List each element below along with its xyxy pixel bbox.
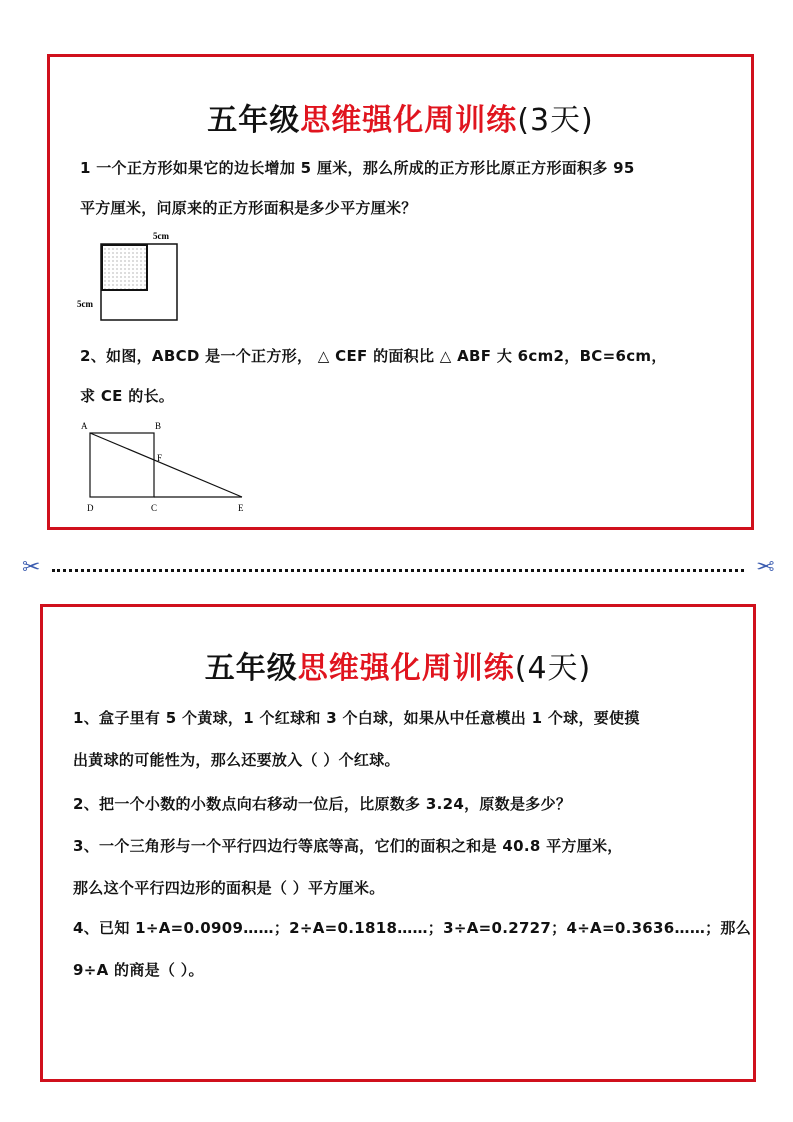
- point-e: E: [238, 503, 244, 513]
- scissors-icon: ✂: [756, 557, 774, 579]
- question-2-line-2: 求 CE 的长。: [80, 385, 174, 406]
- card-title: 五年级思维强化周训练(4天): [43, 643, 753, 687]
- question-4-line-1: 4、已知 1÷A=0.0909……；2÷A=0.1818……；3÷A=0.272…: [73, 917, 751, 938]
- label-left: 5cm: [77, 299, 93, 309]
- question-1-line-1: 1、盒子里有 5 个黄球，1 个红球和 3 个白球，如果从中任意模出 1 个球，…: [73, 707, 640, 728]
- scissors-icon: ✂: [22, 557, 40, 579]
- title-highlight: 思维强化周训练: [298, 651, 515, 686]
- title-highlight: 思维强化周训练: [300, 103, 517, 138]
- square-diagram: 5cm 5cm: [75, 227, 195, 322]
- question-2-line-1: 2、把一个小数的小数点向右移动一位后，比原数多 3.24，原数是多少？: [73, 793, 571, 814]
- question-3-line-2: 那么这个平行四边形的面积是（ ）平方厘米。: [73, 877, 385, 898]
- question-1-line-2: 出黄球的可能性为，那么还要放入（ ）个红球。: [73, 749, 400, 770]
- question-1-line-2: 平方厘米，问原来的正方形面积是多少平方厘米？: [80, 197, 417, 218]
- question-2-line-1: 2、如图，ABCD 是一个正方形， △ CEF 的面积比 △ ABF 大 6cm…: [80, 345, 667, 366]
- square-triangle-diagram: A B F D C E: [75, 417, 255, 517]
- point-f: F: [157, 453, 162, 463]
- title-suffix: (3天): [517, 103, 594, 138]
- dotted-divider: [52, 569, 744, 572]
- point-b: B: [155, 421, 161, 431]
- point-a: A: [81, 421, 88, 431]
- title-prefix: 五年级: [207, 103, 300, 138]
- point-d: D: [87, 503, 94, 513]
- question-3-line-1: 3、一个三角形与一个平行四边行等底等高，它们的面积之和是 40.8 平方厘米，: [73, 835, 623, 856]
- title-prefix: 五年级: [205, 651, 298, 686]
- question-4-line-2: 9÷A 的商是（ ）。: [73, 959, 204, 980]
- point-c: C: [151, 503, 157, 513]
- title-suffix: (4天): [515, 651, 592, 686]
- card-title: 五年级思维强化周训练(3天): [50, 95, 751, 139]
- question-1-line-1: 1 一个正方形如果它的边长增加 5 厘米，那么所成的正方形比原正方形面积多 95: [80, 157, 635, 178]
- cut-line: ✂ ✂: [22, 560, 774, 580]
- worksheet-card-day4: 五年级思维强化周训练(4天) 1、盒子里有 5 个黄球，1 个红球和 3 个白球…: [40, 604, 756, 1082]
- worksheet-card-day3: 五年级思维强化周训练(3天) 1 一个正方形如果它的边长增加 5 厘米，那么所成…: [47, 54, 754, 530]
- label-top: 5cm: [153, 231, 169, 241]
